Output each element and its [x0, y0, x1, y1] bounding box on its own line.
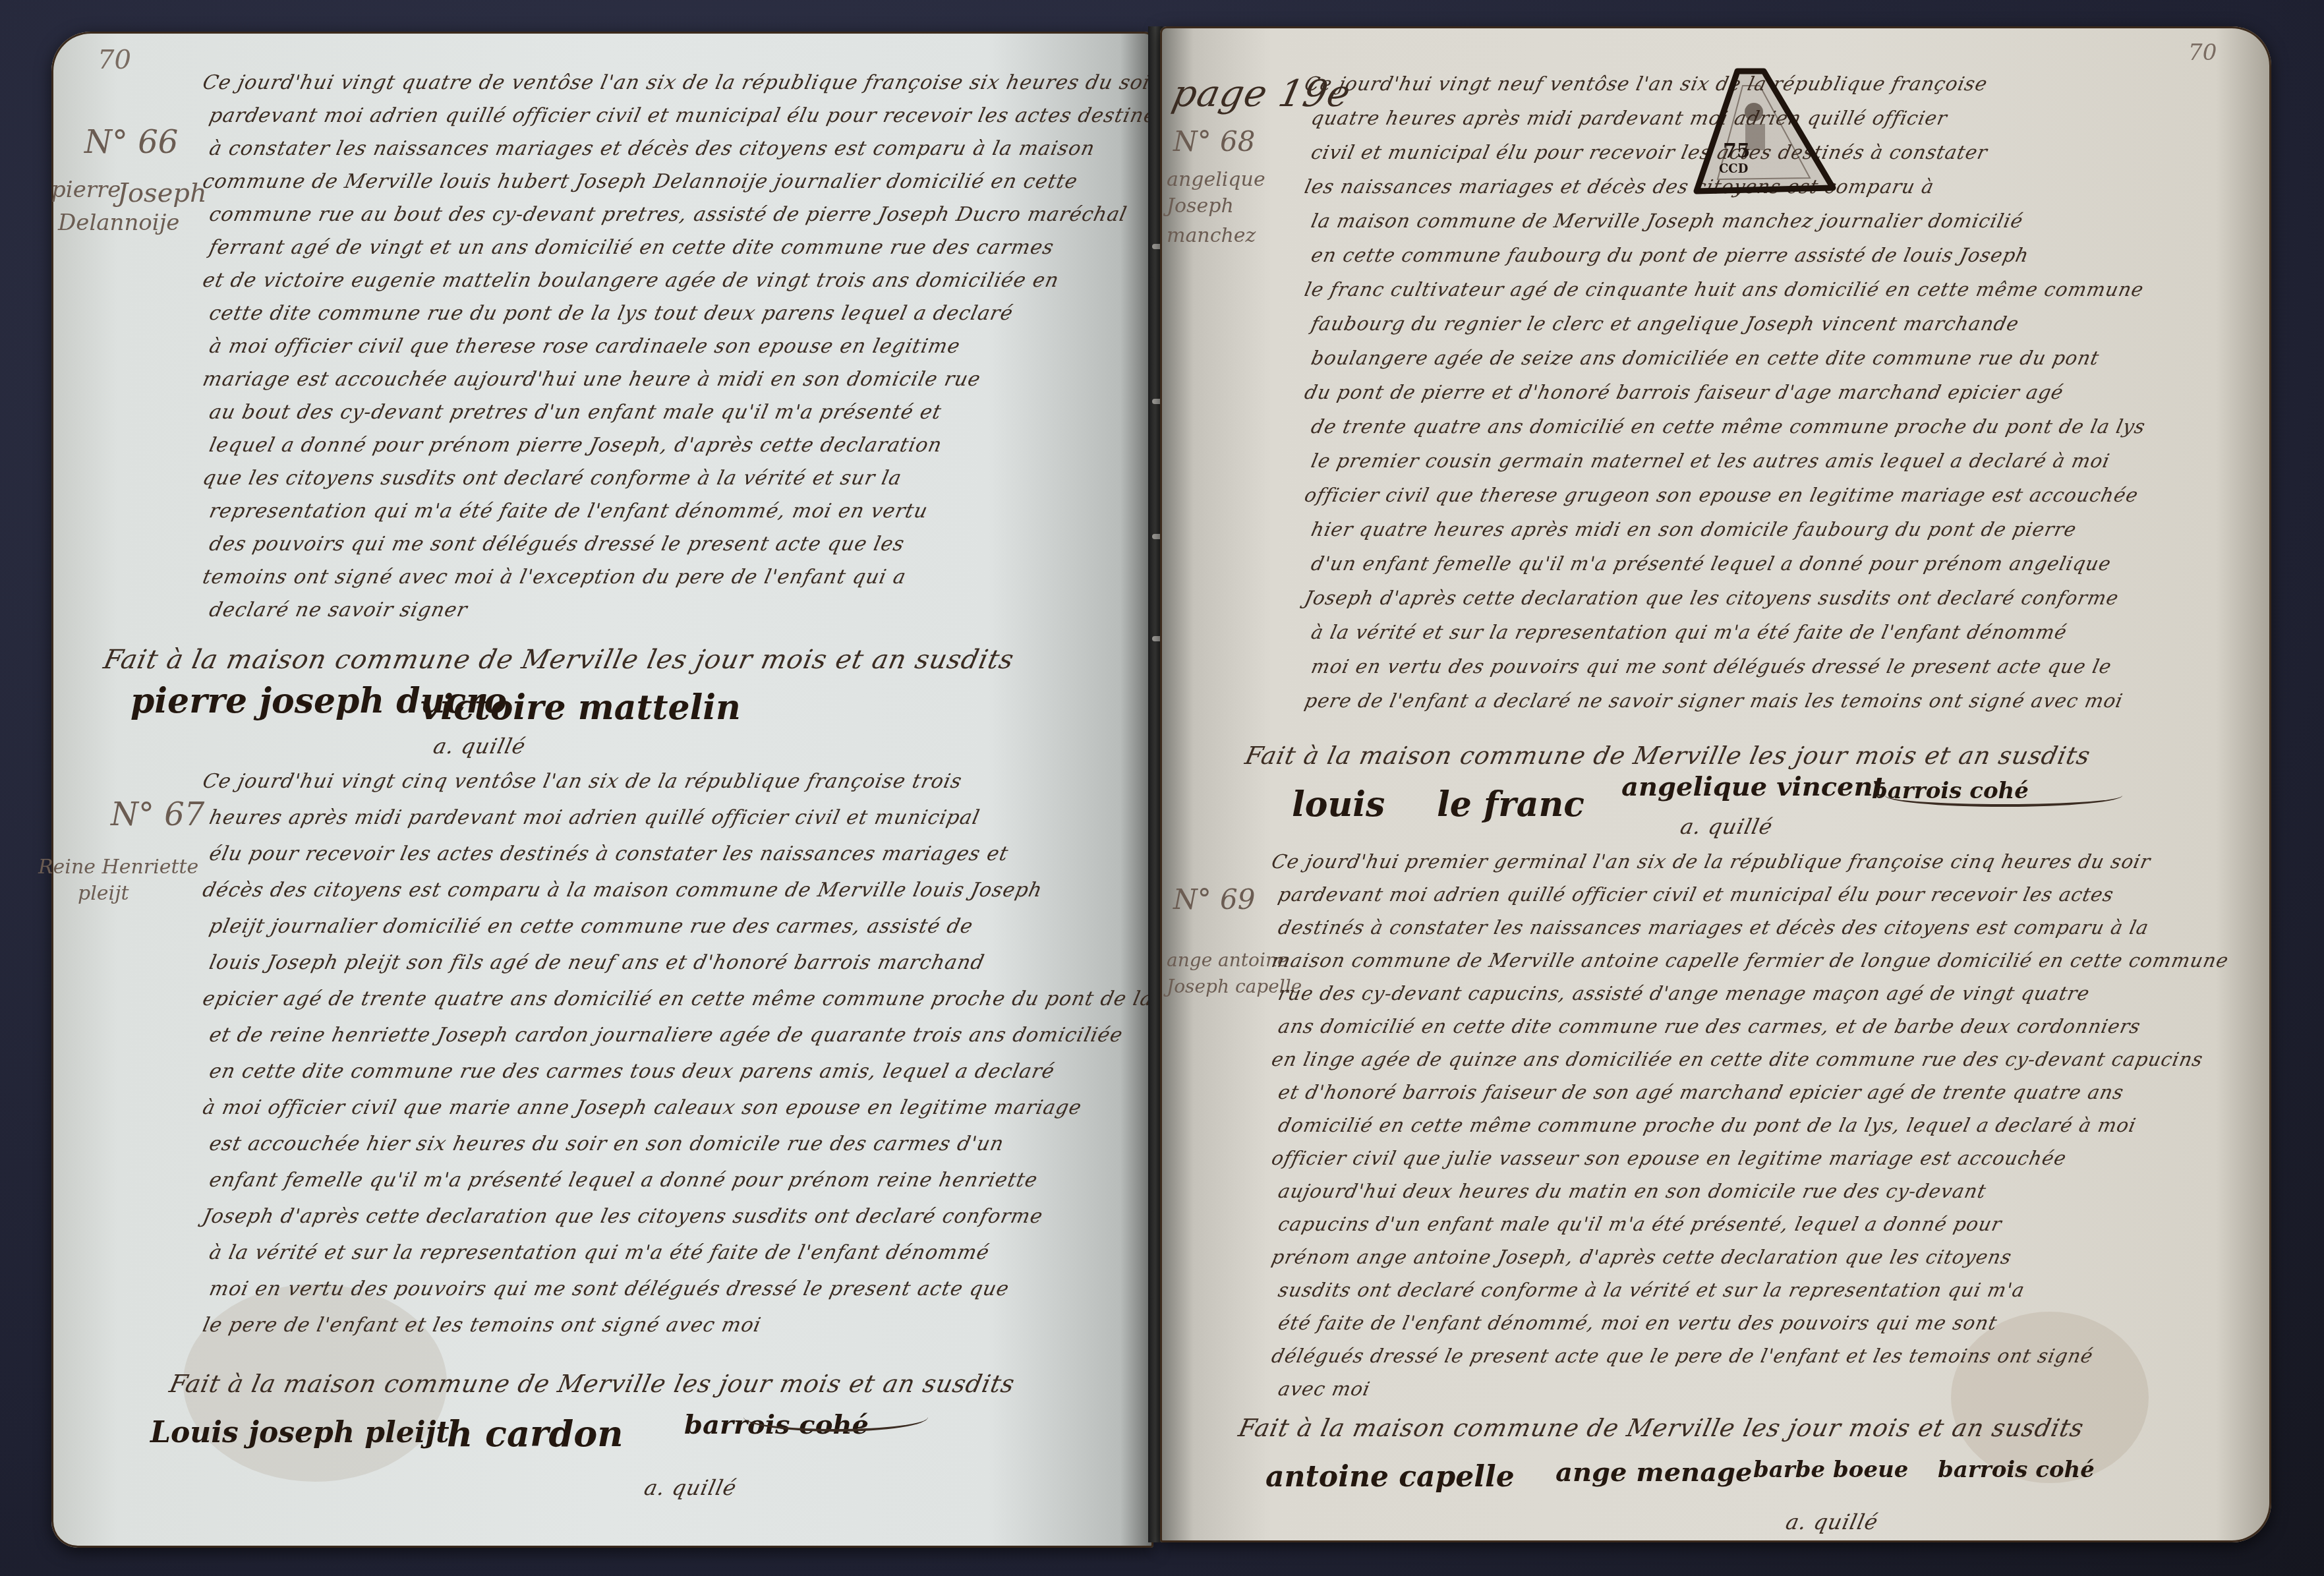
- entry-body: Ce jourd'hui vingt cinq ventôse l'an six…: [51, 32, 1153, 1548]
- handwritten-line: pleijt journalier domicilié en cette com…: [207, 915, 975, 938]
- officer-signature: a. quillé: [1784, 1509, 1880, 1534]
- handwritten-line: officier civil que julie vasseur son epo…: [1269, 1147, 2068, 1169]
- handwritten-line: est accouchée hier six heures du soir en…: [207, 1132, 1006, 1155]
- left-page: 70 N° 66 pierre Joseph Delannoije Ce jou…: [51, 32, 1153, 1548]
- tax-stamp: 75 CCD: [1691, 66, 1843, 198]
- handwritten-line: délégués dressé le present acte que le p…: [1269, 1345, 2095, 1367]
- handwritten-line: heures après midi pardevant moi adrien q…: [207, 806, 981, 829]
- handwritten-line: moi en vertu des pouvoirs qui me sont dé…: [207, 1277, 1011, 1300]
- handwritten-line: capucins d'un enfant male qu'il m'a été …: [1276, 1213, 2004, 1235]
- handwritten-line: le pere de l'enfant et les temoins ont s…: [200, 1314, 763, 1337]
- handwritten-line: Ce jourd'hui vingt cinq ventôse l'an six…: [200, 770, 964, 793]
- handwritten-line: en linge agée de quinze ans domiciliée e…: [1269, 1048, 2205, 1070]
- handwritten-line: élu pour recevoir les actes destinés à c…: [207, 842, 1010, 865]
- handwritten-line: prénom ange antoine Joseph, d'après cett…: [1269, 1246, 2014, 1268]
- handwritten-line: destinés à constater les naissances mari…: [1276, 916, 2151, 939]
- signature: h cardon: [447, 1413, 623, 1455]
- closing-line: Fait à la maison commune de Merville les…: [167, 1370, 1017, 1398]
- handwritten-line: décès des citoyens est comparu à la mais…: [200, 879, 1045, 902]
- handwritten-line: domicilié en cette même commune proche d…: [1276, 1114, 2138, 1136]
- handwritten-line: aujourd'hui deux heures du matin en son …: [1276, 1180, 1988, 1202]
- entry-body: Ce jourd'hui premier germinal l'an six d…: [1160, 26, 2271, 1542]
- signature: barrois cohé: [1938, 1457, 2095, 1483]
- handwritten-line: ans domicilié en cette dite commune rue …: [1276, 1015, 2143, 1037]
- stamp-value: 75: [1723, 140, 1751, 163]
- handwritten-line: Joseph d'après cette declaration que les…: [200, 1205, 1045, 1228]
- handwritten-line: à moi officier civil que marie anne Jose…: [200, 1096, 1084, 1119]
- handwritten-line: louis Joseph pleijt son fils agé de neuf…: [207, 951, 987, 974]
- handwritten-line: à la vérité et sur la representation qui…: [207, 1241, 991, 1264]
- stamp-unit: CCD: [1719, 162, 1748, 176]
- right-page: 70 page 19e N° 68 angelique Joseph manch…: [1160, 26, 2271, 1542]
- handwritten-line: enfant femelle qu'il m'a présenté lequel…: [207, 1169, 1039, 1192]
- triangle-stamp-icon: [1691, 66, 1843, 198]
- handwritten-line: maison commune de Merville antoine capel…: [1269, 949, 2230, 972]
- handwritten-line: pardevant moi adrien quillé officier civ…: [1276, 883, 2116, 906]
- handwritten-line: et de reine henriette Joseph cardon jour…: [207, 1024, 1125, 1047]
- officer-signature: a. quillé: [642, 1475, 739, 1500]
- handwritten-line: avec moi: [1276, 1378, 1372, 1400]
- signature: Louis joseph pleijt: [150, 1416, 450, 1449]
- handwritten-line: rue des cy-devant capucins, assisté d'an…: [1276, 982, 2091, 1005]
- signature-flourish: [743, 1403, 928, 1432]
- handwritten-line: susdits ont declaré conforme à la vérité…: [1276, 1279, 2027, 1301]
- signature: ange menage: [1555, 1457, 1753, 1488]
- handwritten-line: epicier agé de trente quatre ans domicil…: [200, 987, 1192, 1010]
- handwritten-line: Ce jourd'hui premier germinal l'an six d…: [1269, 850, 2153, 873]
- handwritten-line: en cette dite commune rue des carmes tou…: [207, 1060, 1057, 1083]
- handwritten-line: et d'honoré barrois faiseur de son agé m…: [1276, 1081, 2126, 1103]
- handwritten-line: été faite de l'enfant dénommé, moi en ve…: [1276, 1312, 1999, 1334]
- closing-line: Fait à la maison commune de Merville les…: [1236, 1414, 2086, 1442]
- signature: antoine capelle: [1265, 1460, 1515, 1494]
- signature: barbe boeue: [1753, 1457, 1908, 1483]
